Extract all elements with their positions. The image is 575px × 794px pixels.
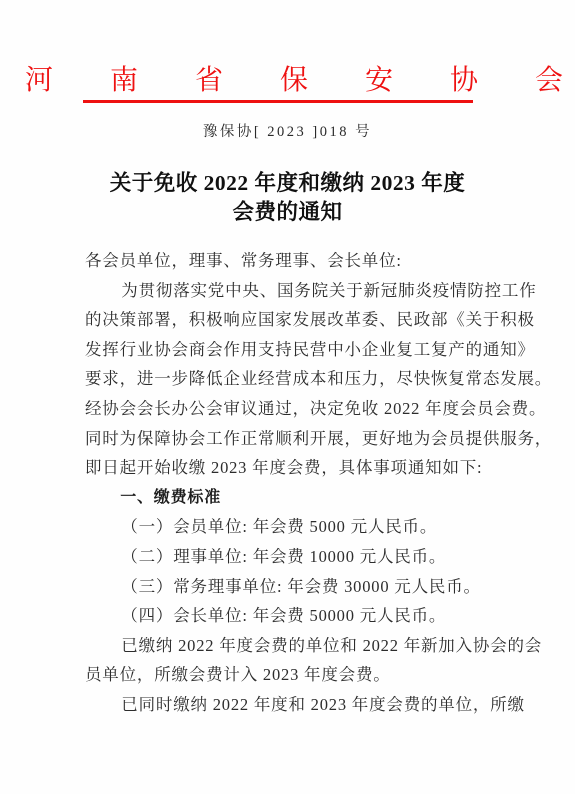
fee-line-president-unit: （四）会长单位: 年会费 50000 元人民币。 <box>85 601 517 631</box>
body-line-paid-both-years: 已同时缴纳 2022 年度和 2023 年度会费的单位，所缴 <box>85 690 517 720</box>
body-line-paid-2022-2: 员单位，所缴会费计入 2023 年度会费。 <box>85 660 517 690</box>
body-line-policy-1: 为贯彻落实党中央、国务院关于新冠肺炎疫情防控工作 <box>85 276 517 306</box>
body-line-decision: 经协会会长办公会审议通过，决定免收 2022 年度会员会费。 <box>85 394 517 424</box>
body-line-service: 同时为保障协会工作正常顺利开展，更好地为会员提供服务， <box>85 424 517 454</box>
notice-body: 各会员单位，理事、常务理事、会长单位: 为贯彻落实党中央、国务院关于新冠肺炎疫情… <box>85 246 517 720</box>
body-line-collection-start: 即日起开始收缴 2023 年度会费，具体事项通知如下: <box>85 453 517 483</box>
fee-line-member-unit: （一）会员单位: 年会费 5000 元人民币。 <box>85 512 517 542</box>
notice-title-line-2: 会费的通知 <box>0 198 575 227</box>
body-line-policy-2: 的决策部署，积极响应国家发展改革委、民政部《关于积极 <box>85 305 517 335</box>
organization-title: 河 南 省 保 安 协 会 <box>0 58 575 98</box>
document-number: 豫保协[ 2023 ]018 号 <box>0 120 575 141</box>
salutation: 各会员单位，理事、常务理事、会长单位: <box>85 246 517 276</box>
section-heading-payment-standard: 一、缴费标准 <box>85 483 517 513</box>
notice-title-line-1: 关于免收 2022 年度和缴纳 2023 年度 <box>0 169 575 198</box>
notice-title: 关于免收 2022 年度和缴纳 2023 年度 会费的通知 <box>0 169 575 227</box>
fee-line-director-unit: （二）理事单位: 年会费 10000 元人民币。 <box>85 542 517 572</box>
body-line-policy-4: 要求，进一步降低企业经营成本和压力，尽快恢复常态发展。 <box>85 364 517 394</box>
document-page: 河 南 省 保 安 协 会 豫保协[ 2023 ]018 号 关于免收 2022… <box>0 0 575 794</box>
body-line-paid-2022-1: 已缴纳 2022 年度会费的单位和 2022 年新加入协会的会 <box>85 631 517 661</box>
fee-line-executive-director-unit: （三）常务理事单位: 年会费 30000 元人民币。 <box>85 572 517 602</box>
body-line-policy-3: 发挥行业协会商会作用支持民营中小企业复工复产的通知》 <box>85 335 517 365</box>
masthead-divider <box>83 100 473 103</box>
